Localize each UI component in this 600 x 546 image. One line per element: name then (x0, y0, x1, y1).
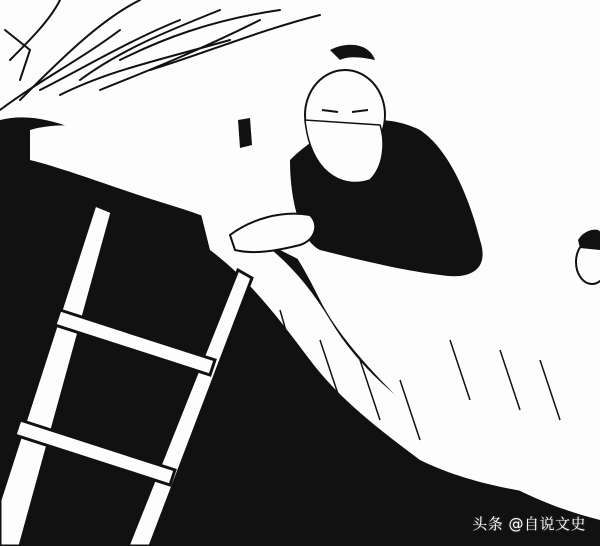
ink-illustration (0, 0, 600, 546)
illustration-canvas: 头条 @自说文史 (0, 0, 600, 546)
small-object (238, 118, 252, 148)
tree-branches (0, 0, 320, 110)
second-figure-head (576, 230, 600, 284)
watermark: 头条 @自说文史 (472, 513, 586, 534)
